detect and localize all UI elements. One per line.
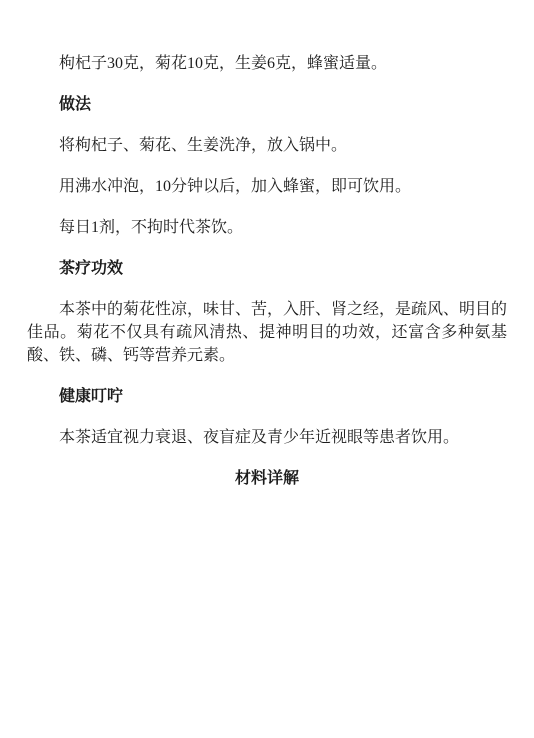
materials-detail-heading: 材料详解 — [27, 467, 507, 490]
ebook-page: 枸杞子30克，菊花10克，生姜6克，蜂蜜适量。 做法 将枸杞子、菊花、生姜洗净，… — [0, 0, 534, 738]
efficacy-paragraph: 本茶中的菊花性凉，味甘、苦，入肝、肾之经，是疏风、明目的佳品。菊花不仅具有疏风清… — [27, 298, 507, 367]
section-heading-efficacy: 茶疗功效 — [27, 257, 507, 280]
health-tip-paragraph: 本茶适宜视力衰退、夜盲症及青少年近视眼等患者饮用。 — [27, 426, 507, 449]
wash-step-paragraph: 将枸杞子、菊花、生姜洗净，放入锅中。 — [27, 134, 507, 157]
ingredients-paragraph: 枸杞子30克，菊花10克，生姜6克，蜂蜜适量。 — [27, 52, 507, 75]
section-heading-method: 做法 — [27, 93, 507, 116]
section-heading-health-tip: 健康叮咛 — [27, 385, 507, 408]
dosage-paragraph: 每日1剂，不拘时代茶饮。 — [27, 216, 507, 239]
brew-step-paragraph: 用沸水冲泡，10分钟以后，加入蜂蜜，即可饮用。 — [27, 175, 507, 198]
